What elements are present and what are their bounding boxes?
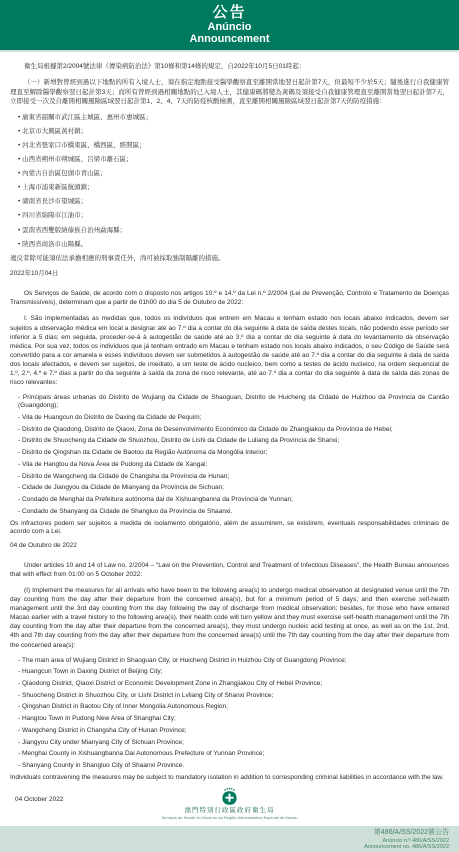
list-item: Qingshan District in Baotou City of Inne… bbox=[18, 703, 449, 711]
list-item: 廣東省韶關市武江區主城區、惠州市惠城區； bbox=[18, 114, 449, 122]
list-item: 北京市大興區黃村鎮； bbox=[18, 128, 449, 136]
section-portuguese: Os Serviços de Saúde, de acordo com o di… bbox=[10, 289, 449, 549]
banner-title-zh: 公告 bbox=[0, 4, 459, 21]
document-body: 衛生局根據第2/2004號法律《傳染病防治法》第10條和第14條的規定，自202… bbox=[0, 52, 459, 831]
list-item: Shanyang County in Shangluo City of Shaa… bbox=[18, 762, 449, 770]
health-bureau-logo bbox=[221, 787, 238, 806]
portuguese-penalty-note: Os infractores podem ser sujeitos a medi… bbox=[10, 520, 449, 537]
portuguese-measures-paragraph: I. São implementadas as medidas que, tod… bbox=[10, 314, 449, 387]
list-item: Menghai County in Xishuangbanna Dai Auto… bbox=[18, 750, 449, 758]
list-item: 上海市浦東新區航頭鎮； bbox=[18, 184, 449, 192]
list-item: Shuocheng District in Shuozhou City, or … bbox=[18, 692, 449, 700]
list-item: Principais áreas urbanas do Distrito de … bbox=[18, 394, 449, 410]
signature-block: 04 October 2022 澳門特別行政區政府衛生局 Serviços de… bbox=[10, 787, 449, 831]
list-item: 湖南省長沙市望城區； bbox=[18, 198, 449, 206]
footer-reference-band: 第486/A/SS/2022號公告 Anúncio n.º 486/A/SS/2… bbox=[0, 826, 459, 852]
list-item: Distrito de Shuocheng da Cidade de Shuoz… bbox=[18, 437, 449, 445]
list-item: 雲南省西雙版納傣族自治州勐海縣； bbox=[18, 227, 449, 235]
header-banner: 公告 Anúncio Announcement bbox=[0, 0, 459, 52]
english-intro-paragraph: Under articles 10 and 14 of Law no. 2/20… bbox=[10, 561, 449, 579]
list-item: Cidade de Jiangyou da Cidade de Mianyang… bbox=[18, 484, 449, 492]
reference-number-en: Announcement no. 486/A/SS/2022 bbox=[0, 844, 449, 851]
portuguese-area-list: Principais áreas urbanas do Distrito de … bbox=[10, 394, 449, 516]
english-area-list: The main area of Wujiang District in Sha… bbox=[10, 657, 449, 771]
section-english: Under articles 10 and 14 of Law no. 2/20… bbox=[10, 561, 449, 783]
list-item: Hangtou Town in Pudong New Area of Shang… bbox=[18, 715, 449, 723]
list-item: Vila de Hangtou da Nova Área de Pudong d… bbox=[18, 461, 449, 469]
list-item: Distrito de Qingshan da Cidade de Baotou… bbox=[18, 449, 449, 457]
portuguese-intro-paragraph: Os Serviços de Saúde, de acordo com o di… bbox=[10, 289, 449, 307]
list-item: 陝西省商洛市山陽縣。 bbox=[18, 241, 449, 249]
list-item: Wangcheng District in Changsha City of H… bbox=[18, 727, 449, 735]
list-item: 河北省張家口市橋東區、橋西區、經開區； bbox=[18, 142, 449, 150]
list-item: 山西省朔州市朔城區、呂梁市離石區； bbox=[18, 156, 449, 164]
chinese-area-list: 廣東省韶關市武江區主城區、惠州市惠城區； 北京市大興區黃村鎮； 河北省張家口市橋… bbox=[10, 114, 449, 249]
list-item: Condado de Menghai da Prefeitura autónom… bbox=[18, 496, 449, 504]
chinese-measures-paragraph: （一）新增對曾經到過以下地點的所有入境人士，須在指定地點接受醫學觀察直至離開當地… bbox=[10, 78, 449, 106]
issuer-name-zh: 澳門特別行政區政府衛生局 bbox=[10, 807, 449, 815]
list-item: Condado de Shanyang da Cidade de Shanglu… bbox=[18, 508, 449, 516]
english-measures-paragraph: (I) Implement the measures for all arriv… bbox=[10, 586, 449, 650]
list-item: Qiaodong District, Qiaoxi District or Ec… bbox=[18, 680, 449, 688]
chinese-intro-paragraph: 衛生局根據第2/2004號法律《傳染病防治法》第10條和第14條的規定，自202… bbox=[10, 62, 449, 71]
announcement-page: 公告 Anúncio Announcement 衛生局根據第2/2004號法律《… bbox=[0, 0, 459, 852]
list-item: Distrito de Qiaodong, Distrito de Qiaoxi… bbox=[18, 426, 449, 434]
list-item: Jiangyou City under Mianyang City of Sic… bbox=[18, 739, 449, 747]
issuer-block: 澳門特別行政區政府衛生局 Serviços de Saúde do Govern… bbox=[10, 787, 449, 821]
portuguese-date: 04 de Outubro de 2022 bbox=[10, 542, 449, 549]
chinese-date: 2022年10月04日 bbox=[10, 268, 449, 277]
list-item: Distrito de Wangcheng da Cidade de Chang… bbox=[18, 473, 449, 481]
banner-title-en: Announcement bbox=[0, 33, 459, 46]
list-item: 內蒙古自治區包頭市青山區； bbox=[18, 170, 449, 178]
list-item: Vila de Huangcun do Distrito de Daxing d… bbox=[18, 414, 449, 422]
list-item: The main area of Wujiang District in Sha… bbox=[18, 657, 449, 665]
list-item: 四川省綿陽市江油市； bbox=[18, 212, 449, 220]
chinese-penalty-note: 違反者除可能須依法承擔相應的刑事責任外，尚可被採取強制隔離的措施。 bbox=[10, 255, 449, 263]
section-chinese: 衛生局根據第2/2004號法律《傳染病防治法》第10條和第14條的規定，自202… bbox=[10, 62, 449, 277]
list-item: Huangcun Town in Daxing District of Beij… bbox=[18, 668, 449, 676]
reference-number-zh: 第486/A/SS/2022號公告 bbox=[0, 829, 449, 838]
banner-title-pt: Anúncio bbox=[0, 21, 459, 33]
issuer-name-pt: Serviços de Saúde do Governo da Região A… bbox=[10, 815, 449, 821]
english-penalty-note: Individuals contravening the measures ma… bbox=[10, 774, 449, 782]
